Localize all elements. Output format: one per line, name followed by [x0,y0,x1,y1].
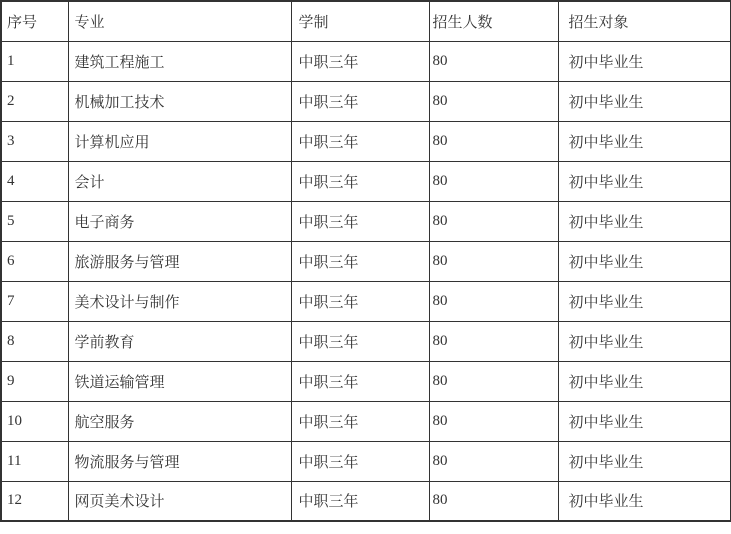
table-row: 9铁道运输管理中职三年80初中毕业生 [1,361,731,401]
cell-index: 12 [1,481,68,521]
cell-major: 网页美术设计 [68,481,291,521]
cell-target: 初中毕业生 [558,481,731,521]
cell-major: 会计 [68,161,291,201]
cell-major: 物流服务与管理 [68,441,291,481]
header-duration: 学制 [291,1,429,41]
cell-enrollment: 80 [429,481,558,521]
cell-enrollment: 80 [429,281,558,321]
cell-duration: 中职三年 [291,121,429,161]
cell-duration: 中职三年 [291,401,429,441]
cell-enrollment: 80 [429,161,558,201]
cell-duration: 中职三年 [291,481,429,521]
cell-index: 4 [1,161,68,201]
cell-target: 初中毕业生 [558,321,731,361]
cell-duration: 中职三年 [291,201,429,241]
table-row: 5电子商务中职三年80初中毕业生 [1,201,731,241]
table-row: 7美术设计与制作中职三年80初中毕业生 [1,281,731,321]
cell-major: 美术设计与制作 [68,281,291,321]
page: 序号 专业 学制 招生人数 招生对象 1建筑工程施工中职三年80初中毕业生2机械… [0,0,731,534]
cell-index: 6 [1,241,68,281]
cell-duration: 中职三年 [291,241,429,281]
cell-index: 2 [1,81,68,121]
table-header: 序号 专业 学制 招生人数 招生对象 [1,1,731,41]
table-row: 4会计中职三年80初中毕业生 [1,161,731,201]
header-enrollment: 招生人数 [429,1,558,41]
table-row: 10航空服务中职三年80初中毕业生 [1,401,731,441]
cell-major: 机械加工技术 [68,81,291,121]
cell-index: 7 [1,281,68,321]
table-row: 3计算机应用中职三年80初中毕业生 [1,121,731,161]
cell-enrollment: 80 [429,41,558,81]
cell-target: 初中毕业生 [558,401,731,441]
cell-target: 初中毕业生 [558,201,731,241]
table-row: 12网页美术设计中职三年80初中毕业生 [1,481,731,521]
header-major: 专业 [68,1,291,41]
table-row: 2机械加工技术中职三年80初中毕业生 [1,81,731,121]
cell-target: 初中毕业生 [558,81,731,121]
table-body: 1建筑工程施工中职三年80初中毕业生2机械加工技术中职三年80初中毕业生3计算机… [1,41,731,521]
cell-target: 初中毕业生 [558,161,731,201]
cell-enrollment: 80 [429,241,558,281]
header-row: 序号 专业 学制 招生人数 招生对象 [1,1,731,41]
cell-target: 初中毕业生 [558,121,731,161]
cell-duration: 中职三年 [291,81,429,121]
cell-index: 11 [1,441,68,481]
admissions-table: 序号 专业 学制 招生人数 招生对象 1建筑工程施工中职三年80初中毕业生2机械… [0,0,731,522]
table-row: 11物流服务与管理中职三年80初中毕业生 [1,441,731,481]
cell-major: 铁道运输管理 [68,361,291,401]
cell-target: 初中毕业生 [558,441,731,481]
cell-index: 5 [1,201,68,241]
cell-target: 初中毕业生 [558,361,731,401]
cell-enrollment: 80 [429,121,558,161]
cell-enrollment: 80 [429,401,558,441]
cell-target: 初中毕业生 [558,281,731,321]
cell-major: 计算机应用 [68,121,291,161]
cell-enrollment: 80 [429,321,558,361]
header-target: 招生对象 [558,1,731,41]
header-index: 序号 [1,1,68,41]
cell-major: 旅游服务与管理 [68,241,291,281]
cell-major: 学前教育 [68,321,291,361]
cell-target: 初中毕业生 [558,41,731,81]
cell-enrollment: 80 [429,81,558,121]
cell-major: 航空服务 [68,401,291,441]
cell-index: 10 [1,401,68,441]
cell-enrollment: 80 [429,201,558,241]
table-row: 6旅游服务与管理中职三年80初中毕业生 [1,241,731,281]
cell-duration: 中职三年 [291,41,429,81]
cell-duration: 中职三年 [291,321,429,361]
table-row: 8学前教育中职三年80初中毕业生 [1,321,731,361]
cell-enrollment: 80 [429,441,558,481]
cell-index: 9 [1,361,68,401]
cell-duration: 中职三年 [291,161,429,201]
cell-major: 电子商务 [68,201,291,241]
table-row: 1建筑工程施工中职三年80初中毕业生 [1,41,731,81]
cell-major: 建筑工程施工 [68,41,291,81]
cell-index: 8 [1,321,68,361]
cell-index: 1 [1,41,68,81]
cell-target: 初中毕业生 [558,241,731,281]
cell-enrollment: 80 [429,361,558,401]
cell-index: 3 [1,121,68,161]
cell-duration: 中职三年 [291,441,429,481]
cell-duration: 中职三年 [291,281,429,321]
cell-duration: 中职三年 [291,361,429,401]
